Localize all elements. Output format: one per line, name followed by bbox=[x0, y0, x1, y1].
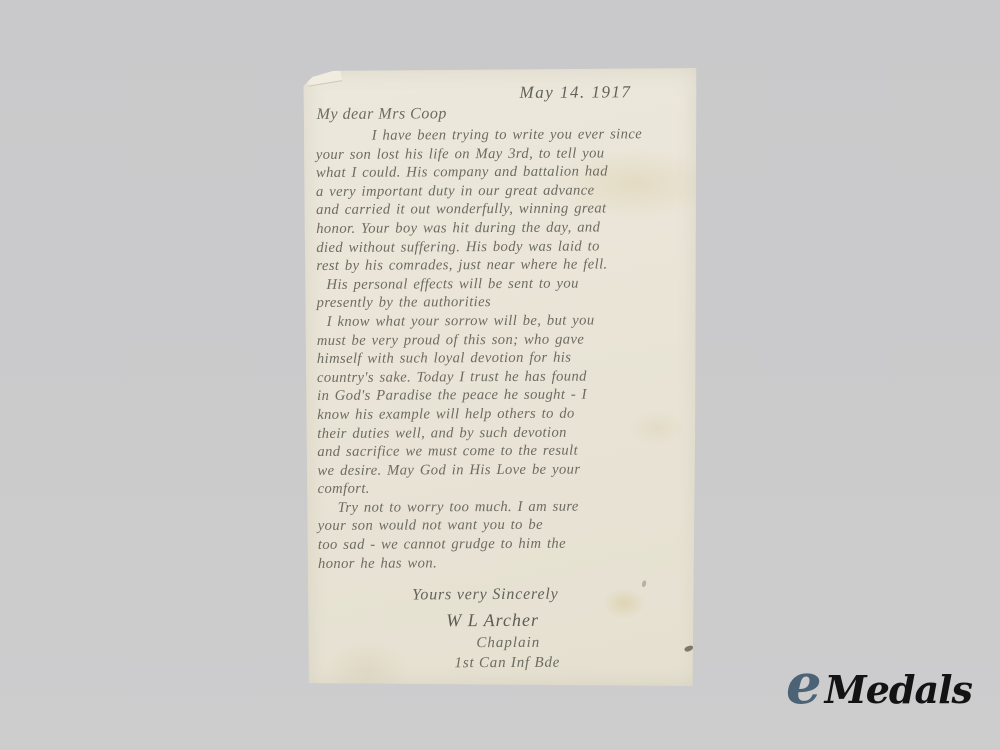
letter-salutation: My dear Mrs Coop bbox=[317, 105, 447, 124]
letter-line: His personal effects will be sent to you bbox=[316, 275, 688, 296]
letter-signature-title: Chaplain bbox=[476, 635, 540, 652]
letter-line: we desire. May God in His Love be your bbox=[317, 461, 689, 482]
emedals-logo-e-glyph: e bbox=[786, 662, 822, 707]
letter-signature-unit: 1st Can Inf Bde bbox=[454, 655, 560, 673]
letter-line: your son lost his life on May 3rd, to te… bbox=[316, 145, 688, 166]
letter-line: I have been trying to write you ever sin… bbox=[316, 126, 688, 147]
emedals-logo: e Medals bbox=[786, 662, 972, 707]
letter-line: Try not to worry too much. I am sure bbox=[318, 498, 690, 519]
letter-line: died without suffering. His body was lai… bbox=[316, 238, 688, 259]
letter-line: know his example will help others to do bbox=[317, 405, 689, 426]
emedals-logo-text: Medals bbox=[825, 673, 972, 707]
paper-stain bbox=[684, 644, 694, 652]
letter-body: I have been trying to write you ever sin… bbox=[316, 126, 690, 574]
letter-line: rest by his comrades, just near where he… bbox=[316, 256, 688, 277]
letter-date: May 14. 1917 bbox=[519, 82, 631, 103]
paper-stain bbox=[641, 580, 647, 588]
letter-line: too sad - we cannot grudge to him the bbox=[318, 535, 690, 556]
letter-line: country's sake. Today I trust he has fou… bbox=[317, 368, 689, 389]
letter-paper: May 14. 1917 My dear Mrs Coop I have bee… bbox=[303, 68, 699, 688]
letter-line: comfort. bbox=[318, 479, 690, 500]
letter-line: what I could. His company and battalion … bbox=[316, 163, 688, 184]
letter-line: their duties well, and by such devotion bbox=[317, 424, 689, 445]
letter-line: honor he has won. bbox=[318, 554, 690, 575]
letter-closing: Yours very Sincerely bbox=[412, 586, 558, 605]
letter-line: presently by the authorities bbox=[317, 293, 689, 314]
letter-line: and sacrifice we must come to the result bbox=[317, 442, 689, 463]
letter-line: in God's Paradise the peace he sought - … bbox=[317, 386, 689, 407]
letter-line: honor. Your boy was hit during the day, … bbox=[316, 219, 688, 240]
letter-line: I know what your sorrow will be, but you bbox=[317, 312, 689, 333]
letter-line: and carried it out wonderfully, winning … bbox=[316, 200, 688, 221]
letter-line: a very important duty in our great advan… bbox=[316, 182, 688, 203]
photo-background: May 14. 1917 My dear Mrs Coop I have bee… bbox=[0, 0, 1000, 750]
letter-line: himself with such loyal devotion for his bbox=[317, 349, 689, 370]
letter-line: must be very proud of this son; who gave bbox=[317, 331, 689, 352]
torn-corner bbox=[307, 69, 342, 86]
letter-signature: W L Archer bbox=[446, 610, 539, 631]
letter-line: your son would not want you to be bbox=[318, 516, 690, 537]
